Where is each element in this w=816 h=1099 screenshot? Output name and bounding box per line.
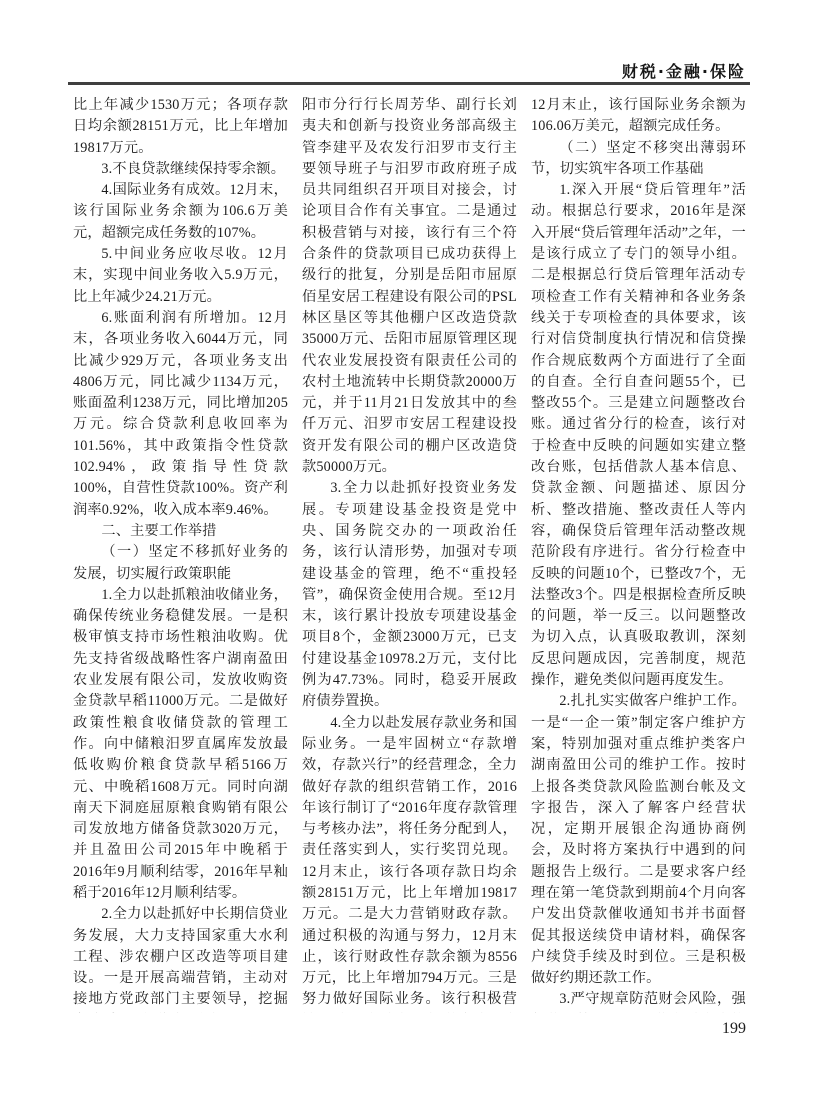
text-column-2: 阳市分行行长周芳华、副行长刘夷夫和创新与投资业务部高级主管李建平及农发行汨罗市支…	[302, 95, 517, 1013]
paragraph: 3.不良贷款继续保持零余额。	[73, 159, 288, 180]
paragraph: 比上年减少1530万元；各项存款日均余额28151万元，比上年增加19817万元…	[73, 95, 288, 159]
paragraph: 6.账面利润有所增加。12月末，各项业务收入6044万元，同比减少929万元，各…	[73, 308, 288, 521]
paragraph: 2.扎扎实实做客户维护工作。一是“一企一策”制定客户维护方案，特别加强对重点维护…	[531, 691, 746, 989]
paragraph: （一）坚定不移抓好业务的发展，切实履行政策职能	[73, 542, 288, 585]
paragraph: 1.深入开展“贷后管理年”活动。根据总行要求，2016年是深入开展“贷后管理年活…	[531, 180, 746, 691]
running-head-title: 财税·金融·保险	[70, 59, 746, 82]
paragraph: 2.全力以赴抓好中长期信贷业务发展，大力支持国家重大水利工程、涉农棚户区改造等项…	[73, 904, 288, 1013]
paragraph: 4.全力以赴发展存款业务和国际业务。一是牢固树立“存款增效，存款兴行”的经营理念…	[302, 713, 517, 1013]
paragraph: 12月末止，该行国际业务余额为106.06万美元，超额完成任务。	[531, 95, 746, 138]
paragraph: 阳市分行行长周芳华、副行长刘夷夫和创新与投资业务部高级主管李建平及农发行汨罗市支…	[302, 95, 517, 478]
paragraph: 3.严守规章防范财会风险，强化营运管理。从严落实财会内控管理制度，巩固财会专项整…	[531, 989, 746, 1013]
text-columns: 比上年减少1530万元；各项存款日均余额28151万元，比上年增加19817万元…	[73, 95, 746, 1013]
paragraph: （二）坚定不移突出薄弱环节，切实筑牢各项工作基础	[531, 138, 746, 181]
paragraph: 二、主要工作举措	[73, 521, 288, 542]
document-page: 财税·金融·保险 比上年减少1530万元；各项存款日均余额28151万元，比上年…	[0, 0, 816, 1099]
paragraph: 3.全力以赴抓好投资业务发展。专项建设基金投资是党中央、国务院交办的一项政治任务…	[302, 478, 517, 712]
text-column-1: 比上年减少1530万元；各项存款日均余额28151万元，比上年增加19817万元…	[73, 95, 288, 1013]
paragraph: 1.全力以赴抓粮油收储业务，确保传统业务稳健发展。一是积极审慎支持市场性粮油收购…	[73, 585, 288, 904]
text-column-3: 12月末止，该行国际业务余额为106.06万美元，超额完成任务。（二）坚定不移突…	[531, 95, 746, 1013]
header-rule	[68, 82, 750, 85]
page-number: 199	[0, 1020, 746, 1038]
paragraph: 4.国际业务有成效。12月末，该行国际业务余额为106.6万美元，超额完成任务数…	[73, 180, 288, 244]
paragraph: 5.中间业务应收尽收。12月末，实现中间业务收入5.9万元，比上年减少24.21…	[73, 244, 288, 308]
